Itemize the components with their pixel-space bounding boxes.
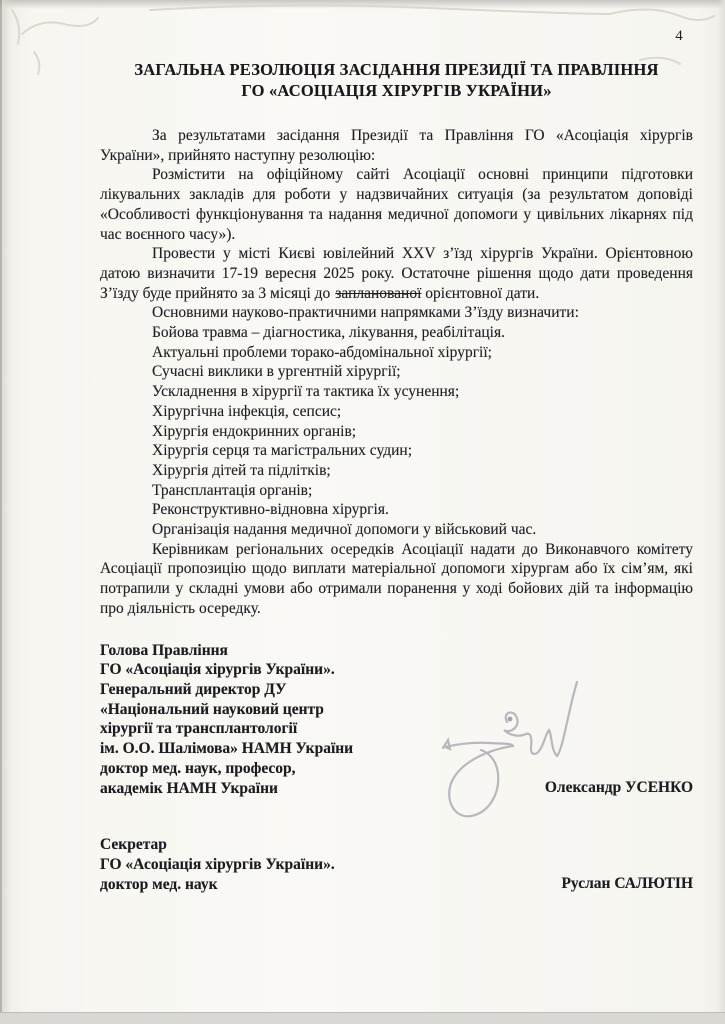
role-line: Генеральний директор ДУ — [100, 680, 693, 700]
role-line: ім. О.О. Шалімова» НАМН України — [100, 739, 693, 759]
document-title: ЗАГАЛЬНА РЕЗОЛЮЦІЯ ЗАСІДАННЯ ПРЕЗИДІЇ ТА… — [100, 60, 693, 101]
congress-date-text-end: орієнтовної дати. — [421, 285, 539, 302]
paragraph-regional-aid: Керівникам регіональних осередків Асоціа… — [100, 540, 693, 619]
list-item: Хірургія серця та магістральних судин; — [152, 441, 693, 461]
role-line: доктор мед. наук, професор, — [100, 759, 693, 779]
list-item: Реконструктивно-відновна хірургія. — [152, 500, 693, 520]
list-item: Бойова травма – діагностика, лікування, … — [152, 323, 693, 343]
list-item: Актуальні проблеми торако-абдомінальної … — [152, 343, 693, 363]
list-item: Хірургія ендокринних органів; — [152, 422, 693, 442]
list-intro: Основними науково-практичними напрямками… — [100, 303, 693, 323]
list-item: Організація надання медичної допомоги у … — [152, 520, 693, 540]
role-line: Голова Правління — [100, 641, 693, 661]
document-title-line1: ЗАГАЛЬНА РЕЗОЛЮЦІЯ ЗАСІДАННЯ ПРЕЗИДІЇ ТА… — [134, 60, 658, 79]
role-line: «Національний науковий центр — [100, 700, 693, 720]
role-line: ГО «Асоціація хірургів України». — [100, 855, 693, 875]
scanned-document-page: 4 ЗАГАЛЬНА РЕЗОЛЮЦІЯ ЗАСІДАННЯ ПРЕЗИДІЇ … — [0, 0, 725, 1024]
signatory-name-usenko: Олександр УСЕНКО — [545, 778, 693, 798]
role-line: Секретар — [100, 835, 693, 855]
role-line: хірургії та трансплантології — [100, 719, 693, 739]
paragraph-resolution-intro: За результатами засідання Президії та Пр… — [100, 126, 693, 165]
signature-block-chairman: Голова Правління ГО «Асоціація хірургів … — [100, 641, 693, 799]
scan-edge-top — [0, 0, 725, 9]
scan-edge-bottom — [0, 1012, 725, 1024]
strikethrough-word: запланованої — [330, 285, 421, 302]
list-item: Ускладнення в хірургії та тактика їх усу… — [152, 382, 693, 402]
scan-edge-left-shadow — [2, 0, 12, 1024]
document-content: ЗАГАЛЬНА РЕЗОЛЮЦІЯ ЗАСІДАННЯ ПРЕЗИДІЇ ТА… — [100, 60, 693, 894]
topics-list: Бойова травма – діагностика, лікування, … — [100, 323, 693, 540]
paragraph-website-principles: Розмістити на офіційному сайті Асоціації… — [100, 165, 693, 244]
paragraph-congress-date: Провести у місті Києві ювілейний XXV з’ї… — [100, 244, 693, 303]
signature-block-secretary: Секретар ГО «Асоціація хірургів України»… — [100, 835, 693, 894]
list-item: Трансплантація органів; — [152, 481, 693, 501]
list-item: Хірургія дітей та підлітків; — [152, 461, 693, 481]
list-item: Хірургічна інфекція, сепсис; — [152, 402, 693, 422]
document-title-line2: ГО «АСОЦІАЦІЯ ХІРУРГІВ УКРАЇНИ» — [241, 81, 551, 100]
document-body: За результатами засідання Президії та Пр… — [100, 126, 693, 619]
list-item: Сучасні виклики в ургентній хірургії; — [152, 362, 693, 382]
scan-edge-right-shadow — [718, 0, 725, 1024]
signatory-name-salyutin: Руслан САЛЮТІН — [561, 874, 693, 894]
page-number: 4 — [675, 28, 683, 45]
role-line: ГО «Асоціація хірургів України». — [100, 660, 693, 680]
